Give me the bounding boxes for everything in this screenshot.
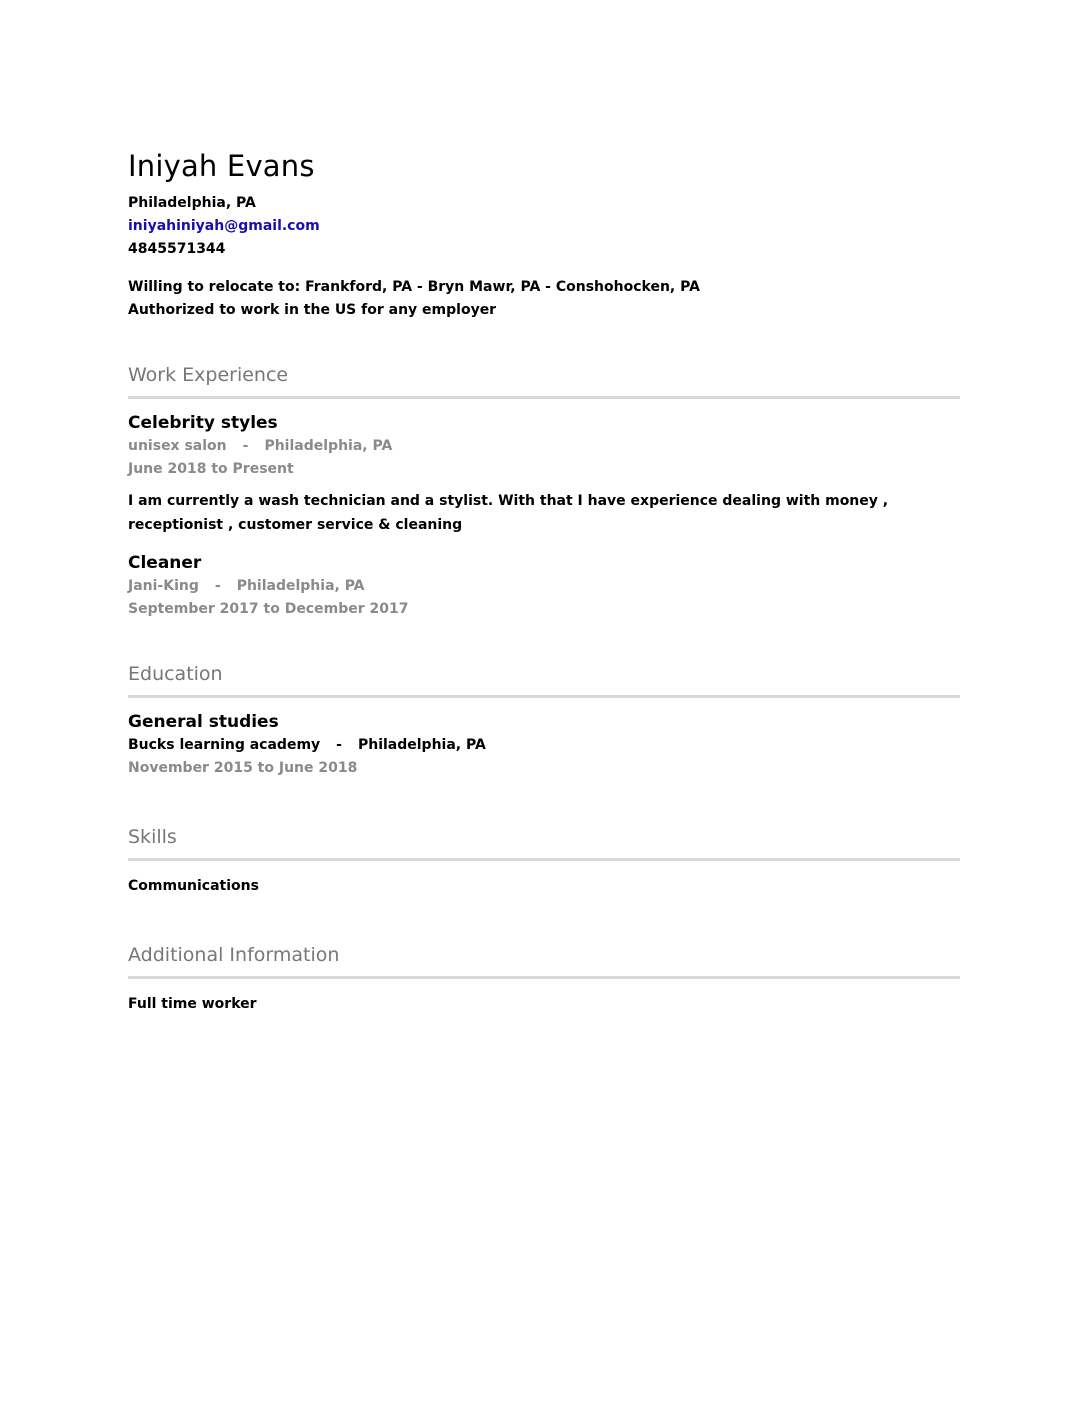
work-experience-section: Work Experience Celebrity styles unisex …	[128, 362, 960, 621]
section-title: Skills	[128, 824, 960, 850]
job-location: Philadelphia, PA	[237, 578, 365, 594]
education-entry: General studies Bucks learning academy-P…	[128, 710, 960, 780]
separator: -	[243, 435, 249, 458]
skills-text: Communications	[128, 875, 960, 898]
section-divider	[128, 695, 960, 698]
job-company-location: Jani-King-Philadelphia, PA	[128, 575, 960, 598]
school-location-text: Philadelphia, PA	[358, 737, 486, 753]
company: Jani-King	[128, 578, 199, 594]
phone: 4845571344	[128, 238, 960, 261]
school-location: Bucks learning academy-Philadelphia, PA	[128, 734, 960, 757]
contact-block: Philadelphia, PA iniyahiniyah@gmail.com …	[128, 192, 960, 261]
degree-title: General studies	[128, 710, 960, 734]
email-link[interactable]: iniyahiniyah@gmail.com	[128, 218, 320, 234]
section-title: Education	[128, 661, 960, 687]
section-divider	[128, 396, 960, 399]
job-description: I am currently a wash technician and a s…	[128, 489, 918, 537]
skills-section: Skills Communications	[128, 824, 960, 898]
separator: -	[215, 575, 221, 598]
job-dates: June 2018 to Present	[128, 458, 960, 481]
work-entry: Cleaner Jani-King-Philadelphia, PA Septe…	[128, 551, 960, 621]
section-divider	[128, 976, 960, 979]
job-dates: September 2017 to December 2017	[128, 598, 960, 621]
company: unisex salon	[128, 438, 227, 454]
additional-info-text: Full time worker	[128, 993, 960, 1016]
relocate-text: Willing to relocate to: Frankford, PA - …	[128, 276, 960, 299]
section-title: Work Experience	[128, 362, 960, 388]
education-section: Education General studies Bucks learning…	[128, 661, 960, 780]
location: Philadelphia, PA	[128, 192, 960, 215]
job-company-location: unisex salon-Philadelphia, PA	[128, 435, 960, 458]
authorization-text: Authorized to work in the US for any emp…	[128, 299, 960, 322]
separator: -	[336, 734, 342, 757]
section-title: Additional Information	[128, 942, 960, 968]
job-location: Philadelphia, PA	[264, 438, 392, 454]
section-divider	[128, 858, 960, 861]
school: Bucks learning academy	[128, 737, 320, 753]
work-entry: Celebrity styles unisex salon-Philadelph…	[128, 411, 960, 537]
additional-info-section: Additional Information Full time worker	[128, 942, 960, 1016]
job-title: Cleaner	[128, 551, 960, 575]
candidate-name: Iniyah Evans	[128, 148, 960, 184]
resume-page: Iniyah Evans Philadelphia, PA iniyahiniy…	[128, 148, 960, 1016]
education-dates: November 2015 to June 2018	[128, 757, 960, 780]
job-title: Celebrity styles	[128, 411, 960, 435]
relocation-block: Willing to relocate to: Frankford, PA - …	[128, 276, 960, 322]
